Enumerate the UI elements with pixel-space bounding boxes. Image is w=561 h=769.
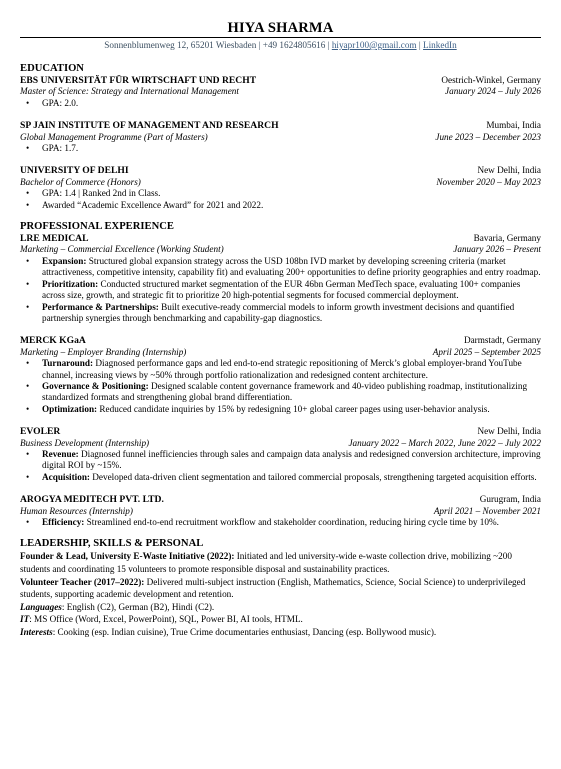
entry-header-row: UNIVERSITY OF DELHINew Delhi, India [20, 165, 541, 176]
bullet-text: Developed data-driven client segmentatio… [90, 472, 537, 482]
entry-subheader-row: Human Resources (Internship)April 2021 –… [20, 506, 541, 517]
entry-spacer [20, 483, 541, 494]
degree-dates: November 2020 – May 2023 [436, 177, 541, 188]
skill-item: Interests: Cooking (esp. Indian cuisine)… [20, 626, 541, 639]
bullet-item: Turnaround: Diagnosed performance gaps a… [42, 358, 541, 381]
skill-item: IT: MS Office (Word, Excel, PowerPoint),… [20, 613, 541, 626]
institution-name: SP JAIN INSTITUTE OF MANAGEMENT AND RESE… [20, 120, 279, 131]
linkedin-link[interactable]: LinkedIn [423, 40, 457, 50]
bullet-item: Prioritization: Conducted structured mar… [42, 279, 541, 302]
bullet-item: GPA: 1.7. [42, 143, 541, 154]
job-role: Business Development (Internship) [20, 438, 149, 449]
job-dates: January 2026 – Present [453, 244, 541, 255]
bullet-list: Expansion: Structured global expansion s… [20, 256, 541, 324]
bullet-list: GPA: 1.4 | Ranked 2nd in Class.Awarded “… [20, 188, 541, 211]
entry-subheader-row: Global Management Programme (Part of Mas… [20, 132, 541, 143]
job-dates: April 2025 – September 2025 [433, 347, 541, 358]
education-entry: UNIVERSITY OF DELHINew Delhi, IndiaBache… [20, 165, 541, 211]
entry-spacer [20, 324, 541, 335]
leadership-label: Volunteer Teacher (2017–2022): [20, 577, 144, 587]
entry-subheader-row: Master of Science: Strategy and Internat… [20, 86, 541, 97]
job-role: Marketing – Employer Branding (Internshi… [20, 347, 186, 358]
bullet-item: GPA: 2.0. [42, 98, 541, 109]
skill-label: Interests [20, 627, 53, 637]
experience-entry: LRE MEDICALBavaria, GermanyMarketing – C… [20, 233, 541, 335]
entry-spacer [20, 415, 541, 426]
entry-subheader-row: Business Development (Internship)January… [20, 438, 541, 449]
entry-subheader-row: Marketing – Employer Branding (Internshi… [20, 347, 541, 358]
bullet-label: Governance & Positioning: [42, 381, 149, 391]
institution-location: Mumbai, India [486, 120, 541, 131]
entry-spacer [20, 154, 541, 165]
job-role: Marketing – Commercial Excellence (Worki… [20, 244, 224, 255]
company-location: New Delhi, India [477, 426, 541, 437]
entry-subheader-row: Bachelor of Commerce (Honors)November 20… [20, 177, 541, 188]
entry-header-row: EVOLERNew Delhi, India [20, 426, 541, 437]
entry-spacer [20, 109, 541, 120]
education-entry: EBS UNIVERSITÄT FÜR WIRTSCHAFT UND RECHT… [20, 75, 541, 120]
job-role: Human Resources (Internship) [20, 506, 133, 517]
institution-location: New Delhi, India [477, 165, 541, 176]
degree-title: Bachelor of Commerce (Honors) [20, 177, 141, 188]
email-link[interactable]: hiyapr100@gmail.com [332, 40, 417, 50]
experience-list: LRE MEDICALBavaria, GermanyMarketing – C… [20, 233, 541, 528]
entry-subheader-row: Marketing – Commercial Excellence (Worki… [20, 244, 541, 255]
bullet-text: Streamlined end-to-end recruitment workf… [84, 517, 499, 527]
experience-entry: AROGYA MEDITECH PVT. LTD.Gurugram, India… [20, 494, 541, 528]
leadership-label: Founder & Lead, University E-Waste Initi… [20, 551, 234, 561]
company-name: AROGYA MEDITECH PVT. LTD. [20, 494, 164, 505]
bullet-label: Prioritization: [42, 279, 98, 289]
bullet-item: GPA: 1.4 | Ranked 2nd in Class. [42, 188, 541, 199]
leadership-item: Founder & Lead, University E-Waste Initi… [20, 550, 541, 575]
company-location: Gurugram, India [480, 494, 541, 505]
bullet-text: Reduced candidate inquiries by 15% by re… [97, 404, 490, 414]
bullet-label: Performance & Partnerships: [42, 302, 159, 312]
entry-header-row: AROGYA MEDITECH PVT. LTD.Gurugram, India [20, 494, 541, 505]
skill-item: Languages: English (C2), German (B2), Hi… [20, 601, 541, 614]
contact-line: Sonnenblumenweg 12, 65201 Wiesbaden | +4… [20, 39, 541, 51]
skill-text: : MS Office (Word, Excel, PowerPoint), S… [29, 614, 303, 624]
header-divider [20, 37, 541, 38]
contact-address-phone: Sonnenblumenweg 12, 65201 Wiesbaden | +4… [104, 40, 332, 50]
company-name: LRE MEDICAL [20, 233, 89, 244]
bullet-item: Revenue: Diagnosed funnel inefficiencies… [42, 449, 541, 472]
bullet-label: Acquisition: [42, 472, 90, 482]
entry-header-row: SP JAIN INSTITUTE OF MANAGEMENT AND RESE… [20, 120, 541, 131]
section-title-experience: PROFESSIONAL EXPERIENCE [20, 221, 541, 233]
bullet-text: Structured global expansion strategy acr… [42, 256, 541, 277]
company-location: Darmstadt, Germany [464, 335, 541, 346]
institution-name: UNIVERSITY OF DELHI [20, 165, 129, 176]
resume-page: HIYA SHARMA Sonnenblumenweg 12, 65201 Wi… [0, 20, 561, 639]
section-title-education: EDUCATION [20, 63, 541, 75]
bullet-item: Awarded “Academic Excellence Award” for … [42, 200, 541, 211]
bullet-item: Expansion: Structured global expansion s… [42, 256, 541, 279]
bullet-item: Acquisition: Developed data-driven clien… [42, 472, 541, 483]
bullet-list: GPA: 1.7. [20, 143, 541, 154]
institution-location: Oestrich-Winkel, Germany [441, 75, 541, 86]
degree-title: Global Management Programme (Part of Mas… [20, 132, 208, 143]
bullet-text: Conducted structured market segmentation… [42, 279, 520, 300]
degree-title: Master of Science: Strategy and Internat… [20, 86, 239, 97]
section-title-leadership: LEADERSHIP, SKILLS & PERSONAL [20, 538, 541, 550]
education-entry: SP JAIN INSTITUTE OF MANAGEMENT AND RESE… [20, 120, 541, 165]
bullet-text: Diagnosed funnel inefficiencies through … [42, 449, 541, 470]
skill-label: IT [20, 614, 29, 624]
leadership-item: Volunteer Teacher (2017–2022): Delivered… [20, 576, 541, 601]
bullet-item: Efficiency: Streamlined end-to-end recru… [42, 517, 541, 528]
skill-label: Languages [20, 602, 62, 612]
bullet-label: Revenue: [42, 449, 79, 459]
skill-text: : English (C2), German (B2), Hindi (C2). [62, 602, 214, 612]
bullet-item: Optimization: Reduced candidate inquirie… [42, 404, 541, 415]
company-name: EVOLER [20, 426, 60, 437]
bullet-label: Efficiency: [42, 517, 84, 527]
company-name: MERCK KGaA [20, 335, 86, 346]
bullet-item: Governance & Positioning: Designed scala… [42, 381, 541, 404]
job-dates: April 2021 – November 2021 [434, 506, 541, 517]
degree-dates: January 2024 – July 2026 [445, 86, 541, 97]
experience-entry: MERCK KGaADarmstadt, GermanyMarketing – … [20, 335, 541, 426]
bullet-list: Turnaround: Diagnosed performance gaps a… [20, 358, 541, 415]
experience-entry: EVOLERNew Delhi, IndiaBusiness Developme… [20, 426, 541, 494]
bullet-item: Performance & Partnerships: Built execut… [42, 302, 541, 325]
institution-name: EBS UNIVERSITÄT FÜR WIRTSCHAFT UND RECHT [20, 75, 256, 86]
candidate-name: HIYA SHARMA [20, 20, 541, 37]
bullet-list: Revenue: Diagnosed funnel inefficiencies… [20, 449, 541, 483]
company-location: Bavaria, Germany [474, 233, 541, 244]
entry-header-row: EBS UNIVERSITÄT FÜR WIRTSCHAFT UND RECHT… [20, 75, 541, 86]
degree-dates: June 2023 – December 2023 [435, 132, 541, 143]
job-dates: January 2022 – March 2022, June 2022 – J… [348, 438, 541, 449]
bullet-text: Diagnosed performance gaps and led end-t… [42, 358, 522, 379]
entry-header-row: MERCK KGaADarmstadt, Germany [20, 335, 541, 346]
skill-text: : Cooking (esp. Indian cuisine), True Cr… [53, 627, 437, 637]
bullet-label: Optimization: [42, 404, 97, 414]
bullet-list: GPA: 2.0. [20, 98, 541, 109]
leadership-list: Founder & Lead, University E-Waste Initi… [20, 550, 541, 638]
bullet-list: Efficiency: Streamlined end-to-end recru… [20, 517, 541, 528]
bullet-label: Turnaround: [42, 358, 93, 368]
entry-header-row: LRE MEDICALBavaria, Germany [20, 233, 541, 244]
education-list: EBS UNIVERSITÄT FÜR WIRTSCHAFT UND RECHT… [20, 75, 541, 211]
bullet-label: Expansion: [42, 256, 86, 266]
